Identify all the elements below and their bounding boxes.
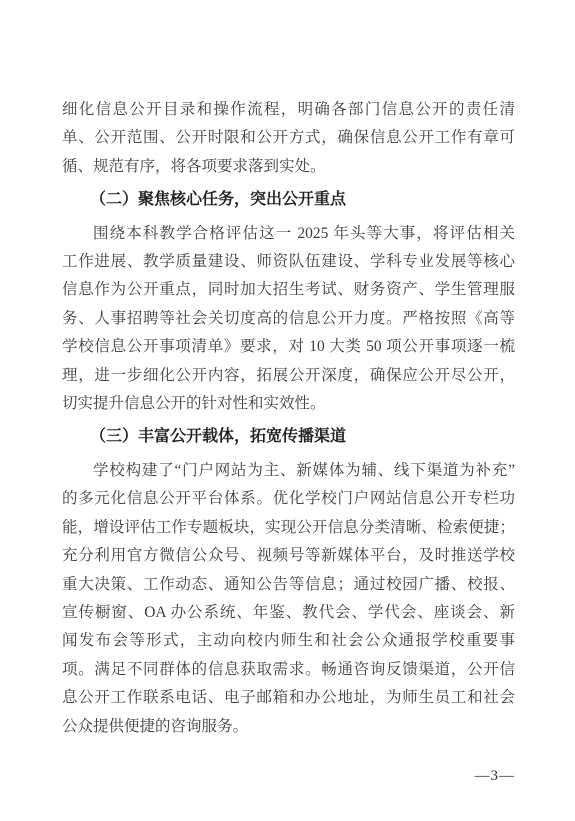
- text-line: 循、规范有序，将各项要求落到实处。: [62, 153, 515, 181]
- text-line: 息公开工作联系电话、电子邮箱和办公地址，为师生员工和社会: [62, 684, 515, 712]
- text-line: 工作进展、教学质量建设、师资队伍建设、学科专业发展等核心: [62, 248, 515, 276]
- text-line: 围绕本科教学合格评估这一 2025 年头等大事，将评估相关: [62, 220, 515, 248]
- paragraph-2: 围绕本科教学合格评估这一 2025 年头等大事，将评估相关 工作进展、教学质量建…: [62, 220, 515, 419]
- text-line: 充分利用官方微信公众号、视频号等新媒体平台，及时推送学校: [62, 542, 515, 570]
- section-heading-3: （三）丰富公开载体，拓宽传播渠道: [62, 423, 515, 451]
- text-line: 学校构建了“门户网站为主、新媒体为辅、线下渠道为补充”: [62, 457, 515, 485]
- text-line: 理，进一步细化公开内容，拓展公开深度，确保应公开尽公开，: [62, 362, 515, 390]
- text-line: 闻发布会等形式，主动向校内师生和社会公众通报学校重要事: [62, 627, 515, 655]
- text-line: 项。满足不同群体的信息获取需求。畅通咨询反馈渠道，公开信: [62, 656, 515, 684]
- text-line: 能，增设评估工作专题板块，实现公开信息分类清晰、检索便捷；: [62, 514, 515, 542]
- text-line: 切实提升信息公开的针对性和实效性。: [62, 390, 515, 418]
- text-line: 学校信息公开事项清单》要求，对 10 大类 50 项公开事项逐一梳: [62, 333, 515, 361]
- paragraph-1: 细化信息公开目录和操作流程，明确各部门信息公开的责任清 单、公开范围、公开时限和…: [62, 96, 515, 181]
- paragraph-3: 学校构建了“门户网站为主、新媒体为辅、线下渠道为补充” 的多元化信息公开平台体系…: [62, 457, 515, 741]
- text-line: 的多元化信息公开平台体系。优化学校门户网站信息公开专栏功: [62, 485, 515, 513]
- text-line: 务、人事招聘等社会关切度高的信息公开力度。严格按照《高等: [62, 305, 515, 333]
- document-page: 细化信息公开目录和操作流程，明确各部门信息公开的责任清 单、公开范围、公开时限和…: [0, 0, 575, 821]
- text-line: 细化信息公开目录和操作流程，明确各部门信息公开的责任清: [62, 96, 515, 124]
- text-line: 重大决策、工作动态、通知公告等信息；通过校园广播、校报、: [62, 571, 515, 599]
- section-heading-2: （二）聚焦核心任务，突出公开重点: [62, 186, 515, 214]
- document-body: 细化信息公开目录和操作流程，明确各部门信息公开的责任清 单、公开范围、公开时限和…: [62, 96, 515, 741]
- text-line: 信息作为公开重点，同时加大招生考试、财务资产、学生管理服: [62, 276, 515, 304]
- text-line: 公众提供便捷的咨询服务。: [62, 713, 515, 741]
- page-number: —3—: [475, 768, 516, 784]
- text-line: 单、公开范围、公开时限和公开方式，确保信息公开工作有章可: [62, 124, 515, 152]
- page-footer: —3—: [475, 766, 516, 786]
- text-line: 宣传橱窗、OA 办公系统、年鉴、教代会、学代会、座谈会、新: [62, 599, 515, 627]
